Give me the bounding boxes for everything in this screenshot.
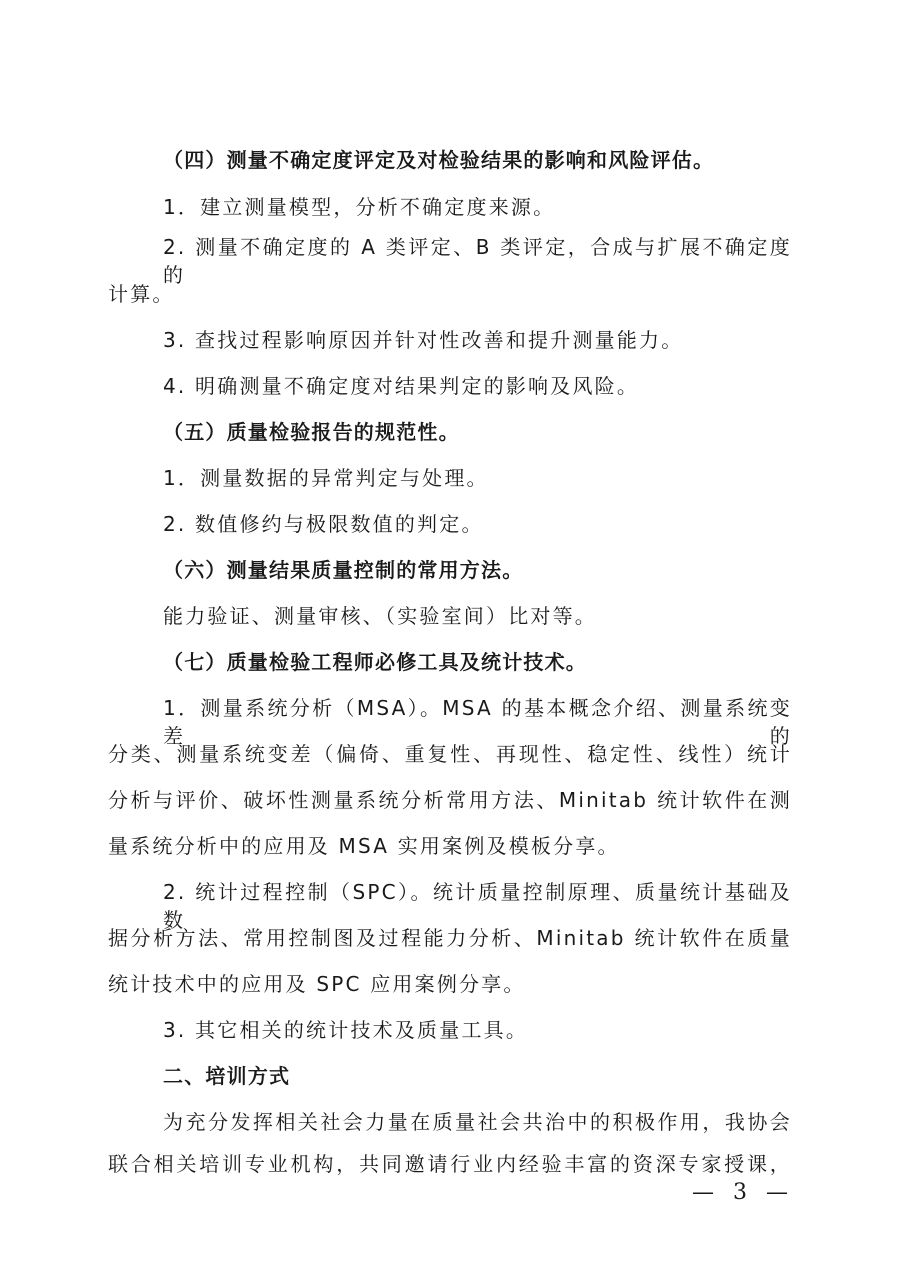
list-item-continuation: 据分析方法、常用控制图及过程能力分析、Minitab 统计软件在质量: [108, 924, 792, 952]
section-heading-5: （五）质量检验报告的规范性。: [163, 418, 792, 446]
list-item-continuation: 统计技术中的应用及 SPC 应用案例分享。: [108, 970, 792, 998]
paragraph-continuation: 联合相关培训专业机构，共同邀请行业内经验丰富的资深专家授课，: [108, 1150, 792, 1178]
section-heading-6: （六）测量结果质量控制的常用方法。: [163, 556, 792, 584]
list-item-continuation: 分类、测量系统变差（偏倚、重复性、再现性、稳定性、线性）统计: [108, 740, 792, 768]
section-heading-4: （四）测量不确定度评定及对检验结果的影响和风险评估。: [163, 146, 792, 174]
list-item-continuation: 计算。: [108, 280, 792, 308]
list-item: 3. 查找过程影响原因并针对性改善和提升测量能力。: [163, 326, 792, 354]
list-item: 1．测量数据的异常判定与处理。: [163, 464, 792, 492]
section-heading-7: （七）质量检验工程师必修工具及统计技术。: [163, 648, 792, 676]
part-heading-training-method: 二、培训方式: [163, 1062, 792, 1090]
list-item-continuation: 分析与评价、破坏性测量系统分析常用方法、Minitab 统计软件在测: [108, 786, 792, 814]
page-number: — 3 —: [692, 1180, 794, 1205]
list-item: 4. 明确测量不确定度对结果判定的影响及风险。: [163, 372, 792, 400]
paragraph: 能力验证、测量审核、（实验室间）比对等。: [163, 602, 792, 630]
list-item: 2. 数值修约与极限数值的判定。: [163, 510, 792, 538]
list-item-continuation: 量系统分析中的应用及 MSA 实用案例及模板分享。: [108, 832, 792, 860]
list-item: 3. 其它相关的统计技术及质量工具。: [163, 1016, 792, 1044]
paragraph: 为充分发挥相关社会力量在质量社会共治中的积极作用，我协会: [163, 1108, 792, 1136]
list-item: 1．建立测量模型，分析不确定度来源。: [163, 193, 792, 221]
